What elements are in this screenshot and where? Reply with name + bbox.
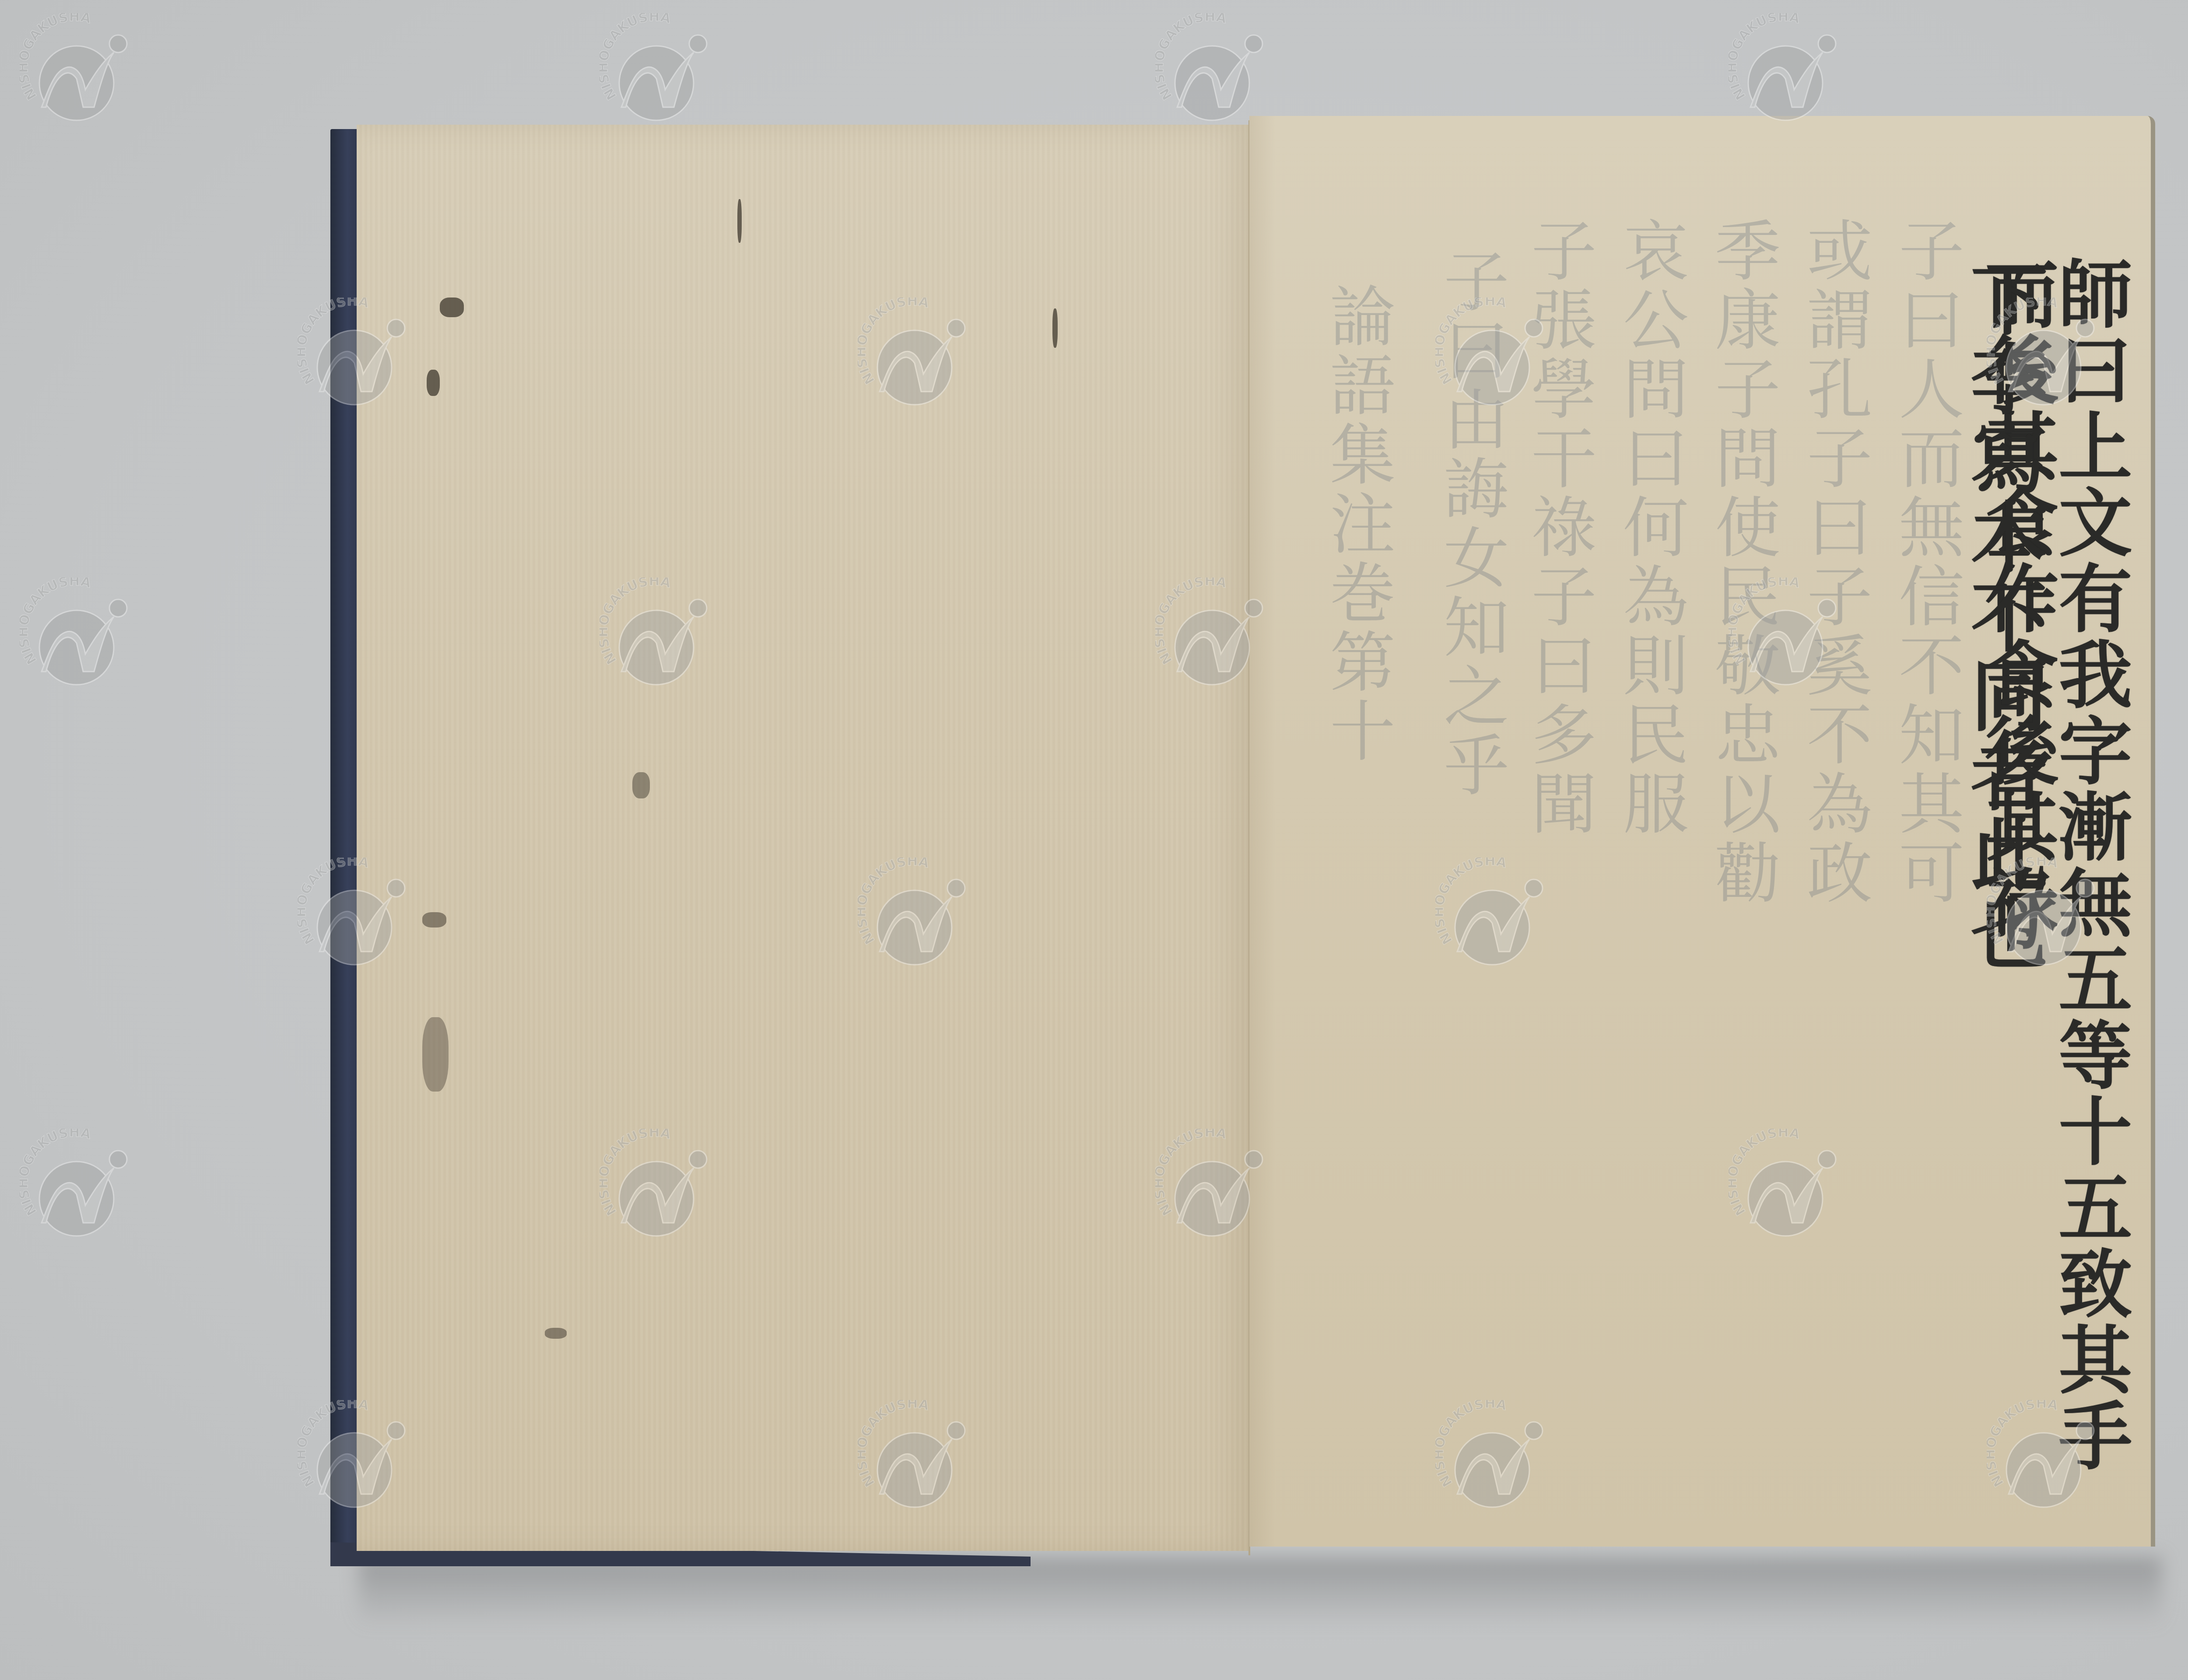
- bleed-through-text: 哀公問曰何為則民服: [1617, 217, 1683, 839]
- nishogakusha-watermark: NISHOGAKUSHA: [1155, 13, 1269, 127]
- left-page: [357, 125, 1250, 1551]
- wormhole-stain: [632, 772, 650, 798]
- bleed-through-text: 子曰由誨女知之乎: [1438, 247, 1503, 800]
- nishogakusha-watermark: NISHOGAKUSHA: [20, 1129, 133, 1242]
- nishogakusha-logo-icon: NISHOGAKUSHA: [600, 13, 713, 127]
- nishogakusha-logo-icon: NISHOGAKUSHA: [1155, 13, 1269, 127]
- bleed-through-text: 子張學干祿子曰多聞: [1525, 217, 1591, 839]
- nishogakusha-watermark: NISHOGAKUSHA: [20, 13, 133, 127]
- nishogakusha-logo-icon: NISHOGAKUSHA: [20, 13, 133, 127]
- watermark-text: NISHOGAKUSHA: [20, 1129, 93, 1218]
- open-book: 論語集注巻第十 子曰由誨女知之乎 子張學干祿子曰多聞 哀公問曰何為則民服 季康子…: [330, 112, 2160, 1566]
- watermark-text: NISHOGAKUSHA: [600, 13, 673, 102]
- bleed-through-text: 子曰人而無信不知其可: [1893, 217, 1958, 908]
- watermark-text: NISHOGAKUSHA: [20, 13, 93, 102]
- watermark-text: NISHOGAKUSHA: [1155, 13, 1228, 102]
- nishogakusha-logo-icon: NISHOGAKUSHA: [20, 577, 133, 691]
- wormhole-stain: [440, 297, 464, 317]
- bleed-through-text: 季康子問使民敬忠以勸: [1709, 217, 1774, 908]
- ink-mark: [737, 199, 742, 243]
- wormhole-stain: [545, 1328, 567, 1339]
- wormhole-stain: [422, 912, 446, 927]
- ink-mark: [1052, 308, 1058, 348]
- handwritten-column-2: 下李寫本不同者此也: [1965, 260, 2041, 973]
- nishogakusha-watermark: NISHOGAKUSHA: [600, 13, 713, 127]
- bleed-through-text: 或謂孔子曰子奚不為政: [1801, 217, 1866, 908]
- nishogakusha-logo-icon: NISHOGAKUSHA: [1729, 13, 1842, 127]
- watermark-text: NISHOGAKUSHA: [20, 577, 93, 667]
- book-shadow: [359, 1557, 2162, 1627]
- wormhole-stain: [427, 370, 440, 396]
- wormhole-stain: [422, 1017, 449, 1092]
- bleed-through-text: 論語集注巻第十: [1324, 282, 1389, 766]
- watermark-text: NISHOGAKUSHA: [1729, 13, 1802, 102]
- nishogakusha-logo-icon: NISHOGAKUSHA: [20, 1129, 133, 1242]
- photo-scene: 論語集注巻第十 子曰由誨女知之乎 子張學干祿子曰多聞 哀公問曰何為則民服 季康子…: [0, 0, 2188, 1680]
- nishogakusha-watermark: NISHOGAKUSHA: [1729, 13, 1842, 127]
- nishogakusha-watermark: NISHOGAKUSHA: [20, 577, 133, 691]
- right-page: 論語集注巻第十 子曰由誨女知之乎 子張學干祿子曰多聞 哀公問曰何為則民服 季康子…: [1249, 116, 2155, 1547]
